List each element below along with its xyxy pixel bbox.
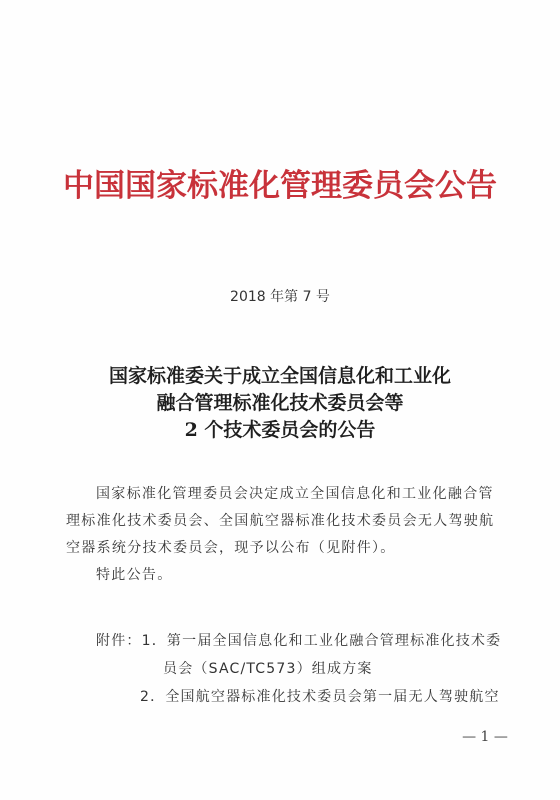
attachment-item-2: 2．全国航空器标准化技术委员会第一届无人驾驶航空	[96, 683, 516, 711]
attachment-number: 1．	[142, 633, 167, 649]
document-title: 国家标准委关于成立全国信息化和工业化 融合管理标准化技术委员会等 2 个技术委员…	[0, 363, 560, 444]
attachments-label: 附件：	[96, 633, 142, 649]
attachments-list: 附件：1．第一届全国信息化和工业化融合管理标准化技术委 员会（SAC/TC573…	[96, 627, 516, 711]
document-page: 中国国家标准化管理委员会公告 2018 年第 7 号 国家标准委关于成立全国信息…	[0, 0, 560, 800]
attachment-text: 第一届全国信息化和工业化融合管理标准化技术委	[167, 633, 501, 649]
body-line: 空器系统分技术委员会，现予以公布（见附件）。	[66, 535, 506, 562]
attachment-text: 全国航空器标准化技术委员会第一届无人驾驶航空	[165, 689, 499, 705]
page-number: — 1 —	[450, 729, 520, 745]
attachment-item-1-continued: 员会（SAC/TC573）组成方案	[96, 655, 516, 683]
closing-line: 特此公告。	[66, 562, 506, 589]
masthead-title: 中国国家标准化管理委员会公告	[0, 160, 560, 205]
title-line: 2 个技术委员会的公告	[0, 417, 560, 444]
body-line: 国家标准化管理委员会决定成立全国信息化和工业化融合管	[66, 481, 506, 508]
attachment-number: 2．	[140, 689, 165, 705]
title-line: 融合管理标准化技术委员会等	[0, 390, 560, 417]
body-line: 理标准化技术委员会、全国航空器标准化技术委员会无人驾驶航	[66, 508, 506, 535]
announcement-body: 国家标准化管理委员会决定成立全国信息化和工业化融合管 理标准化技术委员会、全国航…	[66, 481, 506, 589]
attachment-item-1: 附件：1．第一届全国信息化和工业化融合管理标准化技术委	[96, 627, 516, 655]
document-number: 2018 年第 7 号	[0, 286, 560, 306]
title-line: 国家标准委关于成立全国信息化和工业化	[0, 363, 560, 390]
